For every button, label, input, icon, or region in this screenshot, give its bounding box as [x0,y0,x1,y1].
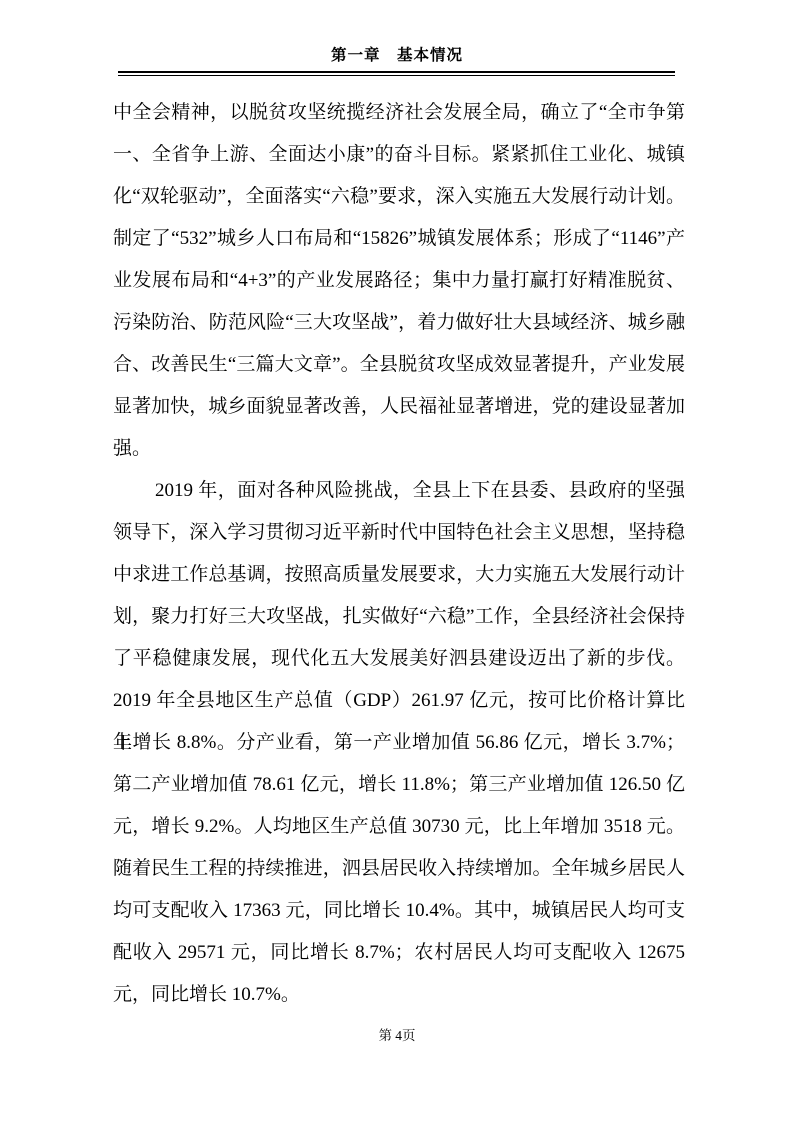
text-line: 一、全省争上游、全面达小康”的奋斗目标。紧紧抓住工业化、城镇 [113,134,685,176]
text-line: 化“双轮驱动”，全面落实“六稳”要求，深入实施五大发展行动计划。 [113,176,685,218]
text-line: 随着民生工程的持续推进，泗县居民收入持续增加。全年城乡居民人 [113,848,685,890]
text-line: 第二产业增加值 78.61 亿元，增长 11.8%；第三产业增加值 126.50… [113,764,685,806]
text-line: 均可支配收入 17363 元，同比增长 10.4%。其中，城镇居民人均可支 [113,890,685,932]
document-body: 中全会精神，以脱贫攻坚统揽经济社会发展全局，确立了“全市争第一、全省争上游、全面… [113,92,685,1016]
text-line: 年增长 8.8%。分产业看，第一产业增加值 56.86 亿元，增长 3.7%； [113,722,685,764]
page-footer: 第 4页 [0,1027,794,1045]
page-number: 第 4页 [378,1028,415,1043]
text-line: 合、改善民生“三篇大文章”。全县脱贫攻坚成效显著提升，产业发展 [113,344,685,386]
text-line: 中求进工作总基调，按照高质量发展要求，大力实施五大发展行动计 [113,554,685,596]
text-line: 配收入 29571 元，同比增长 8.7%；农村居民人均可支配收入 12675 [113,932,685,974]
chapter-heading: 第一章 基本情况 [0,45,794,67]
text-line: 显著加快，城乡面貌显著改善，人民福祉显著增进，党的建设显著加 [113,386,685,428]
text-line: 强。 [113,428,685,470]
text-line: 元，增长 9.2%。人均地区生产总值 30730 元，比上年增加 3518 元。 [113,806,685,848]
text-line: 业发展布局和“4+3”的产业发展路径；集中力量打赢打好精准脱贫、 [113,260,685,302]
text-line: 污染防治、防范风险“三大攻坚战”，着力做好壮大县域经济、城乡融 [113,302,685,344]
text-line: 中全会精神，以脱贫攻坚统揽经济社会发展全局，确立了“全市争第 [113,92,685,134]
text-line: 了平稳健康发展，现代化五大发展美好泗县建设迈出了新的步伐。 [113,638,685,680]
text-line: 元，同比增长 10.7%。 [113,974,685,1016]
text-line: 制定了“532”城乡人口布局和“15826”城镇发展体系；形成了“1146”产 [113,218,685,260]
text-line: 划，聚力打好三大攻坚战，扎实做好“六稳”工作，全县经济社会保持 [113,596,685,638]
text-line: 2019 年，面对各种风险挑战，全县上下在县委、县政府的坚强 [113,470,685,512]
text-line: 领导下，深入学习贯彻习近平新时代中国特色社会主义思想，坚持稳 [113,512,685,554]
document-page: 第一章 基本情况 中全会精神，以脱贫攻坚统揽经济社会发展全局，确立了“全市争第一… [0,0,794,1122]
header-double-rule [118,71,675,76]
text-line: 2019 年全县地区生产总值（GDP）261.97 亿元，按可比价格计算比上 [113,680,685,722]
